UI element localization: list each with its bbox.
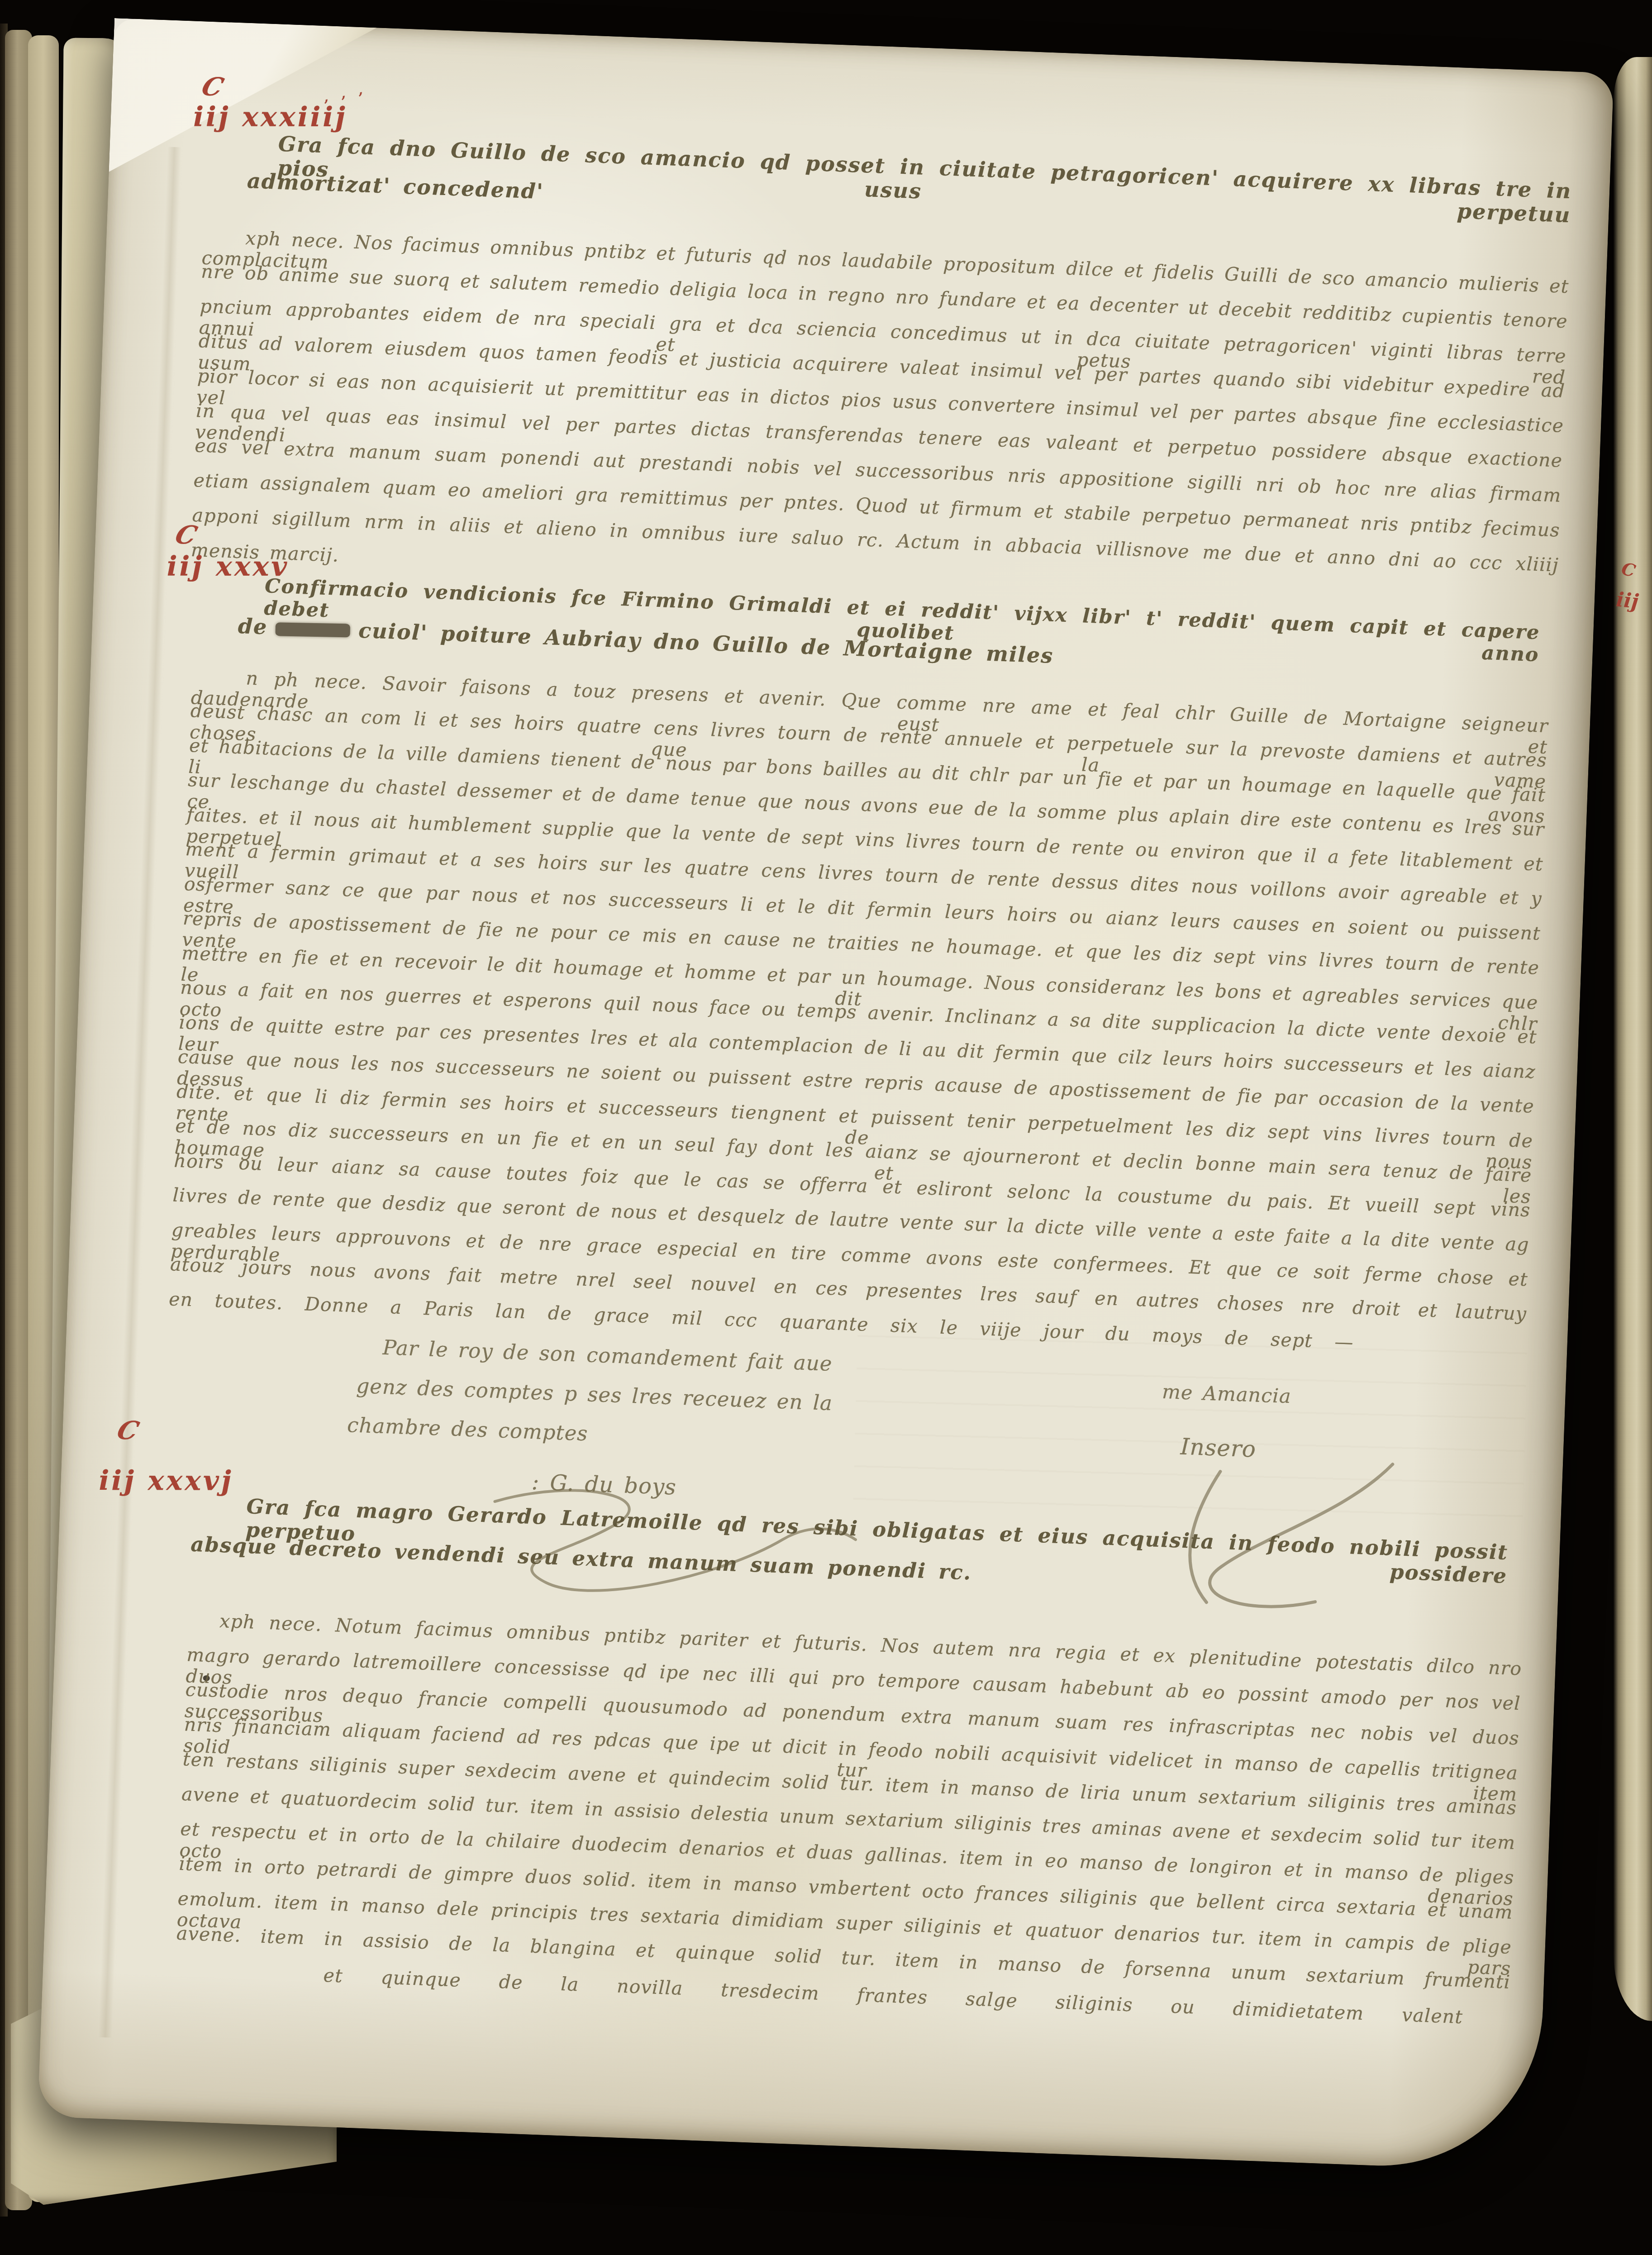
manuscript-page: C iij xxxiiij ’ ’ ’ Gra fca dno Guillo d…: [38, 18, 1614, 2171]
chancery-note-line: genz des comptes p ses lres receuez en l…: [356, 1374, 833, 1415]
photo-backdrop: C iij C iij xxxiiij ’ ’ ’ Gra fca dno Gu…: [0, 0, 1652, 2255]
entry1-margin-number: iij xxxiiij: [193, 101, 348, 133]
facing-page-sliver: C iij: [1614, 57, 1652, 2021]
facing-page-rubric-number: iij: [1615, 588, 1639, 614]
registrar-signature: me Amancia: [1162, 1381, 1291, 1408]
entry3-margin-number: iij xxxvj: [99, 1465, 233, 1497]
facing-page-rubric-mark: C: [1619, 558, 1638, 581]
chancery-note-line: Par le roy de son comandement fait aue: [382, 1336, 833, 1376]
entry3-paragraph-mark: C: [114, 1416, 142, 1445]
heading-word: de: [238, 614, 268, 639]
erasure-blot: [276, 622, 351, 637]
chancery-note-line: chambre des comptes: [347, 1413, 588, 1445]
margin-crease: [98, 147, 181, 2038]
